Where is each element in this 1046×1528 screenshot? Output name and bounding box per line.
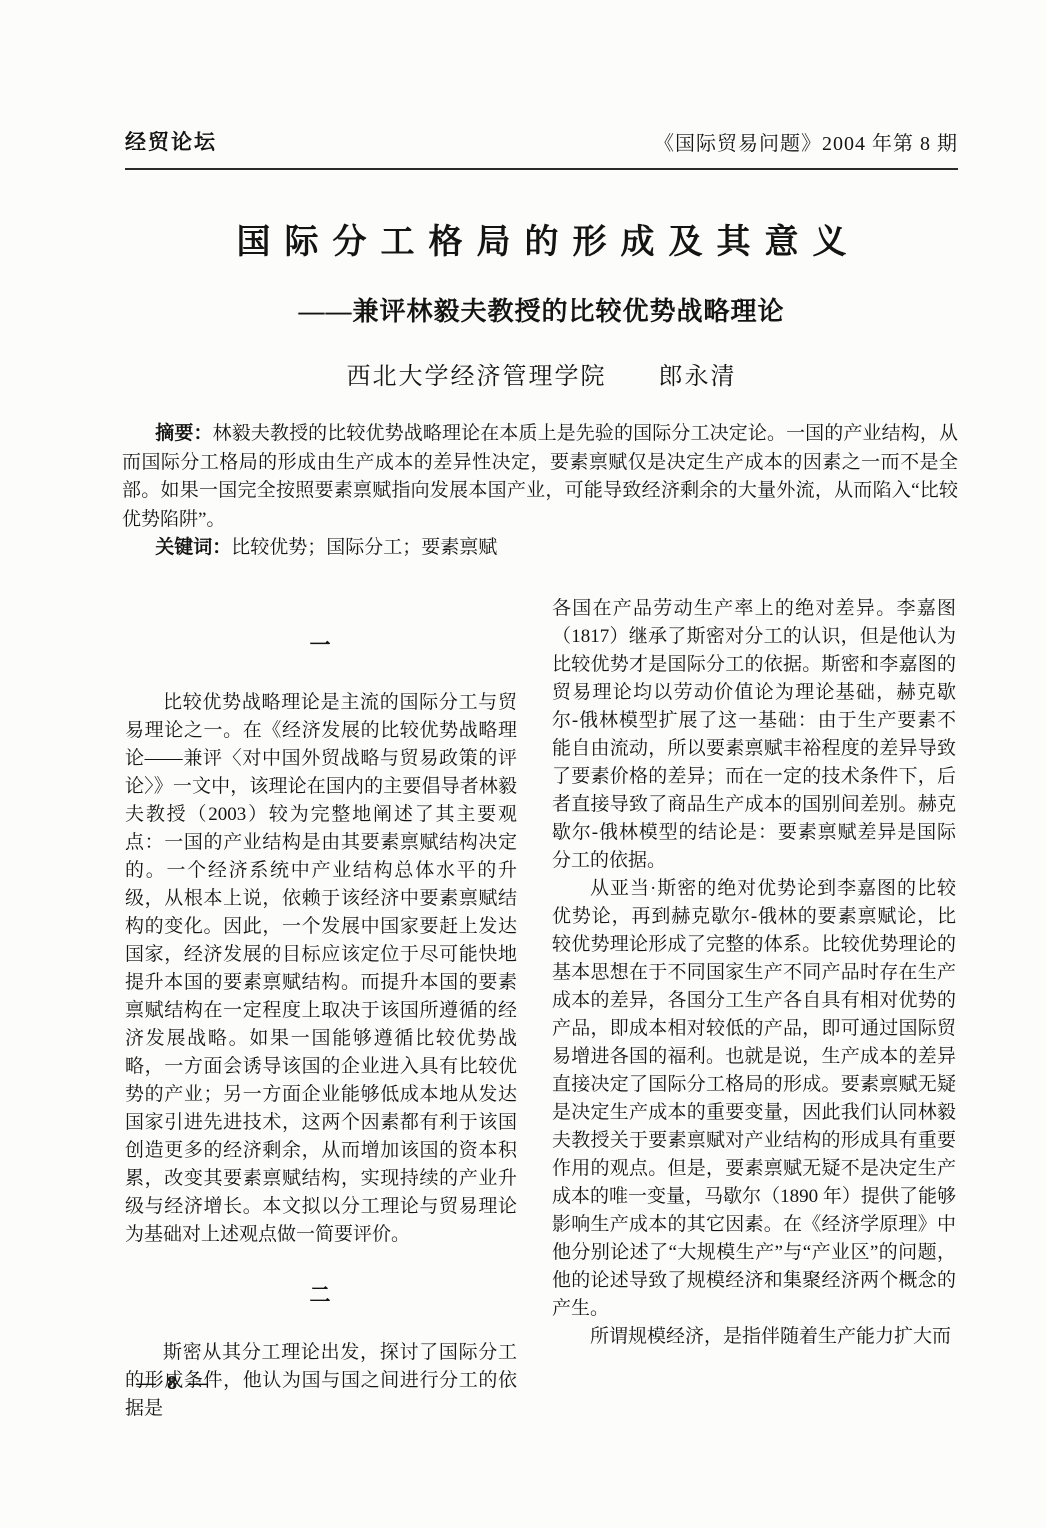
keywords-paragraph: 关键词：比较优势；国际分工；要素禀赋 [122,534,958,563]
keywords-text: 比较优势；国际分工；要素禀赋 [231,537,497,558]
section-1-paragraph: 比较优势战略理论是主流的国际分工与贸易理论之一。在《经济发展的比较优势战略理论—… [125,689,517,1249]
right-column-paragraph-continuation: 各国在产品劳动生产率上的绝对差异。李嘉图（1817）继承了斯密对分工的认识，但是… [552,595,956,875]
abstract-label: 摘要： [155,423,212,444]
running-head: 经贸论坛 《国际贸易问题》2004 年第 8 期 [125,126,958,156]
page-number: — 8 — [136,1372,211,1395]
abstract-text: 林毅夫教授的比较优势战略理论在本质上是先验的国际分工决定论。一国的产业结构，从而… [122,423,958,530]
right-column: 各国在产品劳动生产率上的绝对差异。李嘉图（1817）继承了斯密对分工的认识，但是… [552,595,956,1351]
section-column-label: 经贸论坛 [125,126,217,156]
right-column-paragraph-2: 从亚当·斯密的绝对优势论到李嘉图的比较优势论，再到赫克歇尔-俄林的要素禀赋论，比… [552,875,956,1323]
journal-issue-label: 《国际贸易问题》2004 年第 8 期 [654,127,958,156]
article-subtitle: ——兼评林毅夫教授的比较优势战略理论 [125,291,958,328]
keywords-label: 关键词： [155,537,231,558]
abstract-block: 摘要：林毅夫教授的比较优势战略理论在本质上是先验的国际分工决定论。一国的产业结构… [122,420,958,563]
section-heading-2: 二 [125,1281,517,1309]
article-title: 国际分工格局的形成及其意义 [125,214,958,263]
right-column-paragraph-3: 所谓规模经济，是指伴随着生产能力扩大而 [552,1323,956,1351]
abstract-paragraph: 摘要：林毅夫教授的比较优势战略理论在本质上是先验的国际分工决定论。一国的产业结构… [122,420,958,534]
journal-page: 经贸论坛 《国际贸易问题》2004 年第 8 期 国际分工格局的形成及其意义 —… [0,0,1046,1528]
left-column: 一 比较优势战略理论是主流的国际分工与贸易理论之一。在《经济发展的比较优势战略理… [125,595,517,1423]
author-affiliation-line: 西北大学经济管理学院 郎永清 [125,356,958,391]
section-heading-1: 一 [125,631,517,659]
header-rule [125,168,958,170]
